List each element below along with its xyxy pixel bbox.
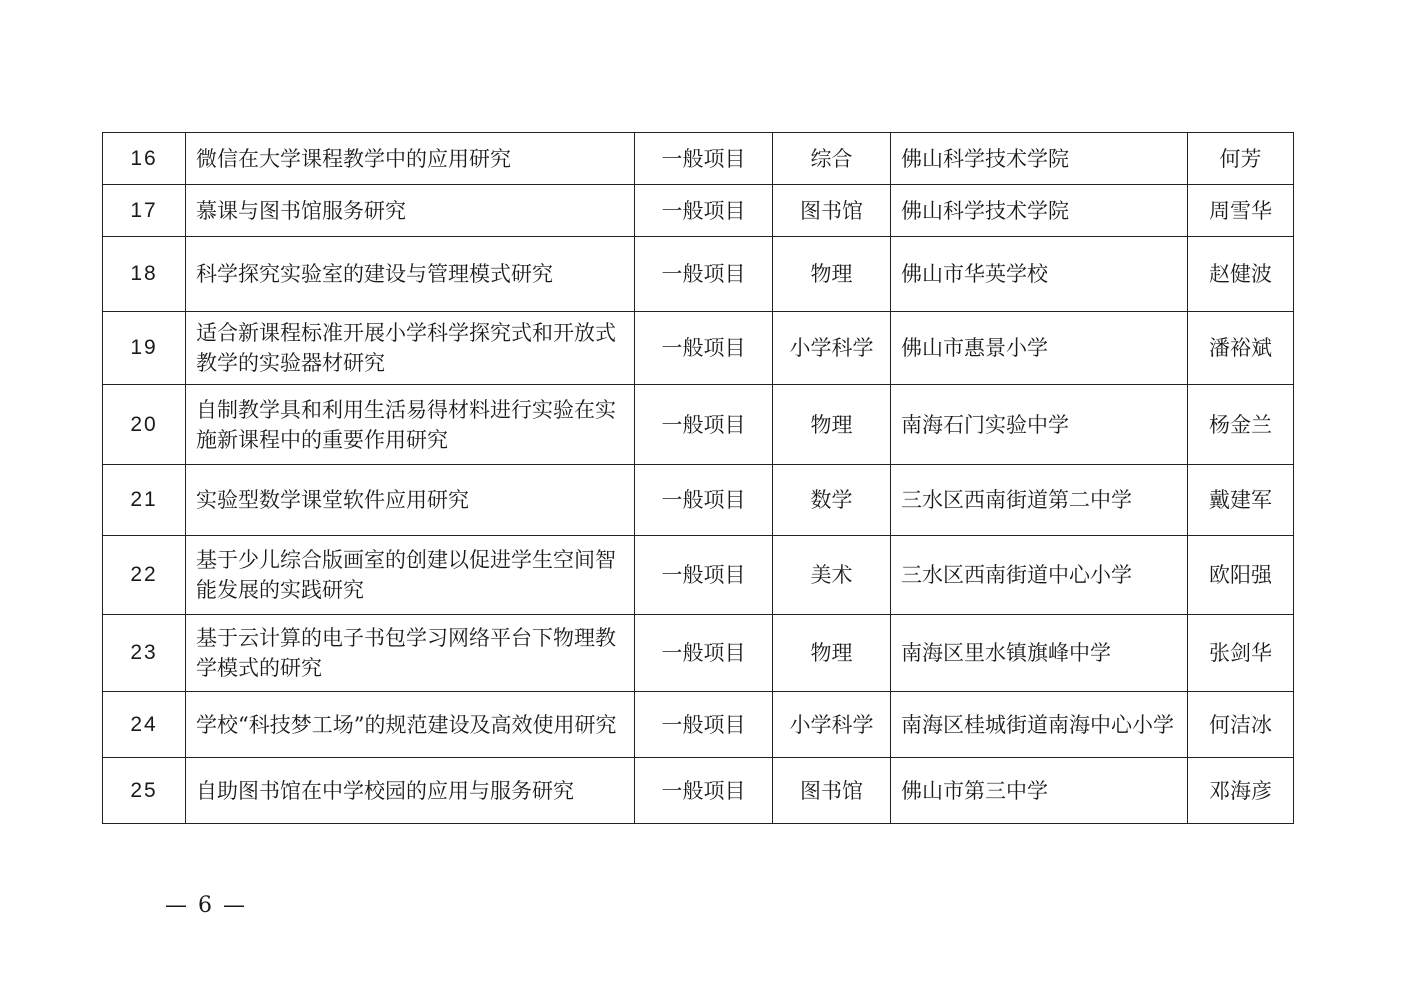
- cell-subject: 综合: [773, 133, 891, 185]
- cell-project-type: 一般项目: [635, 615, 773, 692]
- cell-unit: 南海区桂城街道南海中心小学: [891, 692, 1188, 758]
- cell-project-title: 适合新课程标准开展小学科学探究式和开放式教学的实验器材研究: [186, 312, 635, 385]
- cell-project-type: 一般项目: [635, 185, 773, 237]
- cell-subject: 小学科学: [773, 312, 891, 385]
- cell-project-title: 科学探究实验室的建设与管理模式研究: [186, 237, 635, 312]
- table-row: 23 基于云计算的电子书包学习网络平台下物理教学模式的研究 一般项目 物理 南海…: [103, 615, 1294, 692]
- cell-number: 20: [103, 385, 186, 465]
- cell-unit: 佛山市第三中学: [891, 758, 1188, 824]
- cell-number: 25: [103, 758, 186, 824]
- cell-subject: 图书馆: [773, 185, 891, 237]
- cell-person: 欧阳强: [1188, 536, 1294, 615]
- cell-subject: 物理: [773, 237, 891, 312]
- cell-project-title: 微信在大学课程教学中的应用研究: [186, 133, 635, 185]
- cell-number: 22: [103, 536, 186, 615]
- cell-unit: 佛山科学技术学院: [891, 133, 1188, 185]
- cell-number: 19: [103, 312, 186, 385]
- cell-number: 16: [103, 133, 186, 185]
- table-body: 16 微信在大学课程教学中的应用研究 一般项目 综合 佛山科学技术学院 何芳 1…: [103, 133, 1294, 824]
- cell-project-title: 自助图书馆在中学校园的应用与服务研究: [186, 758, 635, 824]
- cell-unit: 三水区西南街道中心小学: [891, 536, 1188, 615]
- cell-project-type: 一般项目: [635, 237, 773, 312]
- cell-subject: 数学: [773, 465, 891, 536]
- cell-number: 18: [103, 237, 186, 312]
- cell-project-title: 基于少儿综合版画室的创建以促进学生空间智能发展的实践研究: [186, 536, 635, 615]
- cell-person: 赵健波: [1188, 237, 1294, 312]
- projects-table: 16 微信在大学课程教学中的应用研究 一般项目 综合 佛山科学技术学院 何芳 1…: [102, 132, 1294, 824]
- table-row: 22 基于少儿综合版画室的创建以促进学生空间智能发展的实践研究 一般项目 美术 …: [103, 536, 1294, 615]
- cell-number: 23: [103, 615, 186, 692]
- table-row: 16 微信在大学课程教学中的应用研究 一般项目 综合 佛山科学技术学院 何芳: [103, 133, 1294, 185]
- cell-unit: 南海区里水镇旗峰中学: [891, 615, 1188, 692]
- cell-project-type: 一般项目: [635, 385, 773, 465]
- cell-number: 21: [103, 465, 186, 536]
- cell-project-type: 一般项目: [635, 536, 773, 615]
- cell-project-type: 一般项目: [635, 692, 773, 758]
- table-row: 17 慕课与图书馆服务研究 一般项目 图书馆 佛山科学技术学院 周雪华: [103, 185, 1294, 237]
- table-row: 19 适合新课程标准开展小学科学探究式和开放式教学的实验器材研究 一般项目 小学…: [103, 312, 1294, 385]
- cell-unit: 南海石门实验中学: [891, 385, 1188, 465]
- cell-unit: 佛山市惠景小学: [891, 312, 1188, 385]
- cell-person: 杨金兰: [1188, 385, 1294, 465]
- cell-number: 17: [103, 185, 186, 237]
- cell-subject: 物理: [773, 385, 891, 465]
- page-number: — 6 —: [165, 893, 247, 918]
- cell-project-type: 一般项目: [635, 133, 773, 185]
- table-row: 21 实验型数学课堂软件应用研究 一般项目 数学 三水区西南街道第二中学 戴建军: [103, 465, 1294, 536]
- cell-person: 邓海彦: [1188, 758, 1294, 824]
- cell-project-title: 基于云计算的电子书包学习网络平台下物理教学模式的研究: [186, 615, 635, 692]
- cell-subject: 美术: [773, 536, 891, 615]
- cell-project-title: 慕课与图书馆服务研究: [186, 185, 635, 237]
- cell-person: 周雪华: [1188, 185, 1294, 237]
- cell-project-title: 实验型数学课堂软件应用研究: [186, 465, 635, 536]
- cell-person: 何芳: [1188, 133, 1294, 185]
- cell-subject: 小学科学: [773, 692, 891, 758]
- cell-unit: 三水区西南街道第二中学: [891, 465, 1188, 536]
- cell-subject: 物理: [773, 615, 891, 692]
- cell-person: 张剑华: [1188, 615, 1294, 692]
- cell-unit: 佛山科学技术学院: [891, 185, 1188, 237]
- cell-project-type: 一般项目: [635, 758, 773, 824]
- cell-project-title: 学校“科技梦工场”的规范建设及高效使用研究: [186, 692, 635, 758]
- cell-unit: 佛山市华英学校: [891, 237, 1188, 312]
- cell-person: 戴建军: [1188, 465, 1294, 536]
- table-row: 24 学校“科技梦工场”的规范建设及高效使用研究 一般项目 小学科学 南海区桂城…: [103, 692, 1294, 758]
- cell-project-type: 一般项目: [635, 312, 773, 385]
- table-row: 25 自助图书馆在中学校园的应用与服务研究 一般项目 图书馆 佛山市第三中学 邓…: [103, 758, 1294, 824]
- cell-project-title: 自制教学具和利用生活易得材料进行实验在实施新课程中的重要作用研究: [186, 385, 635, 465]
- table-row: 18 科学探究实验室的建设与管理模式研究 一般项目 物理 佛山市华英学校 赵健波: [103, 237, 1294, 312]
- cell-person: 潘裕斌: [1188, 312, 1294, 385]
- table-row: 20 自制教学具和利用生活易得材料进行实验在实施新课程中的重要作用研究 一般项目…: [103, 385, 1294, 465]
- cell-project-type: 一般项目: [635, 465, 773, 536]
- cell-number: 24: [103, 692, 186, 758]
- cell-person: 何洁冰: [1188, 692, 1294, 758]
- cell-subject: 图书馆: [773, 758, 891, 824]
